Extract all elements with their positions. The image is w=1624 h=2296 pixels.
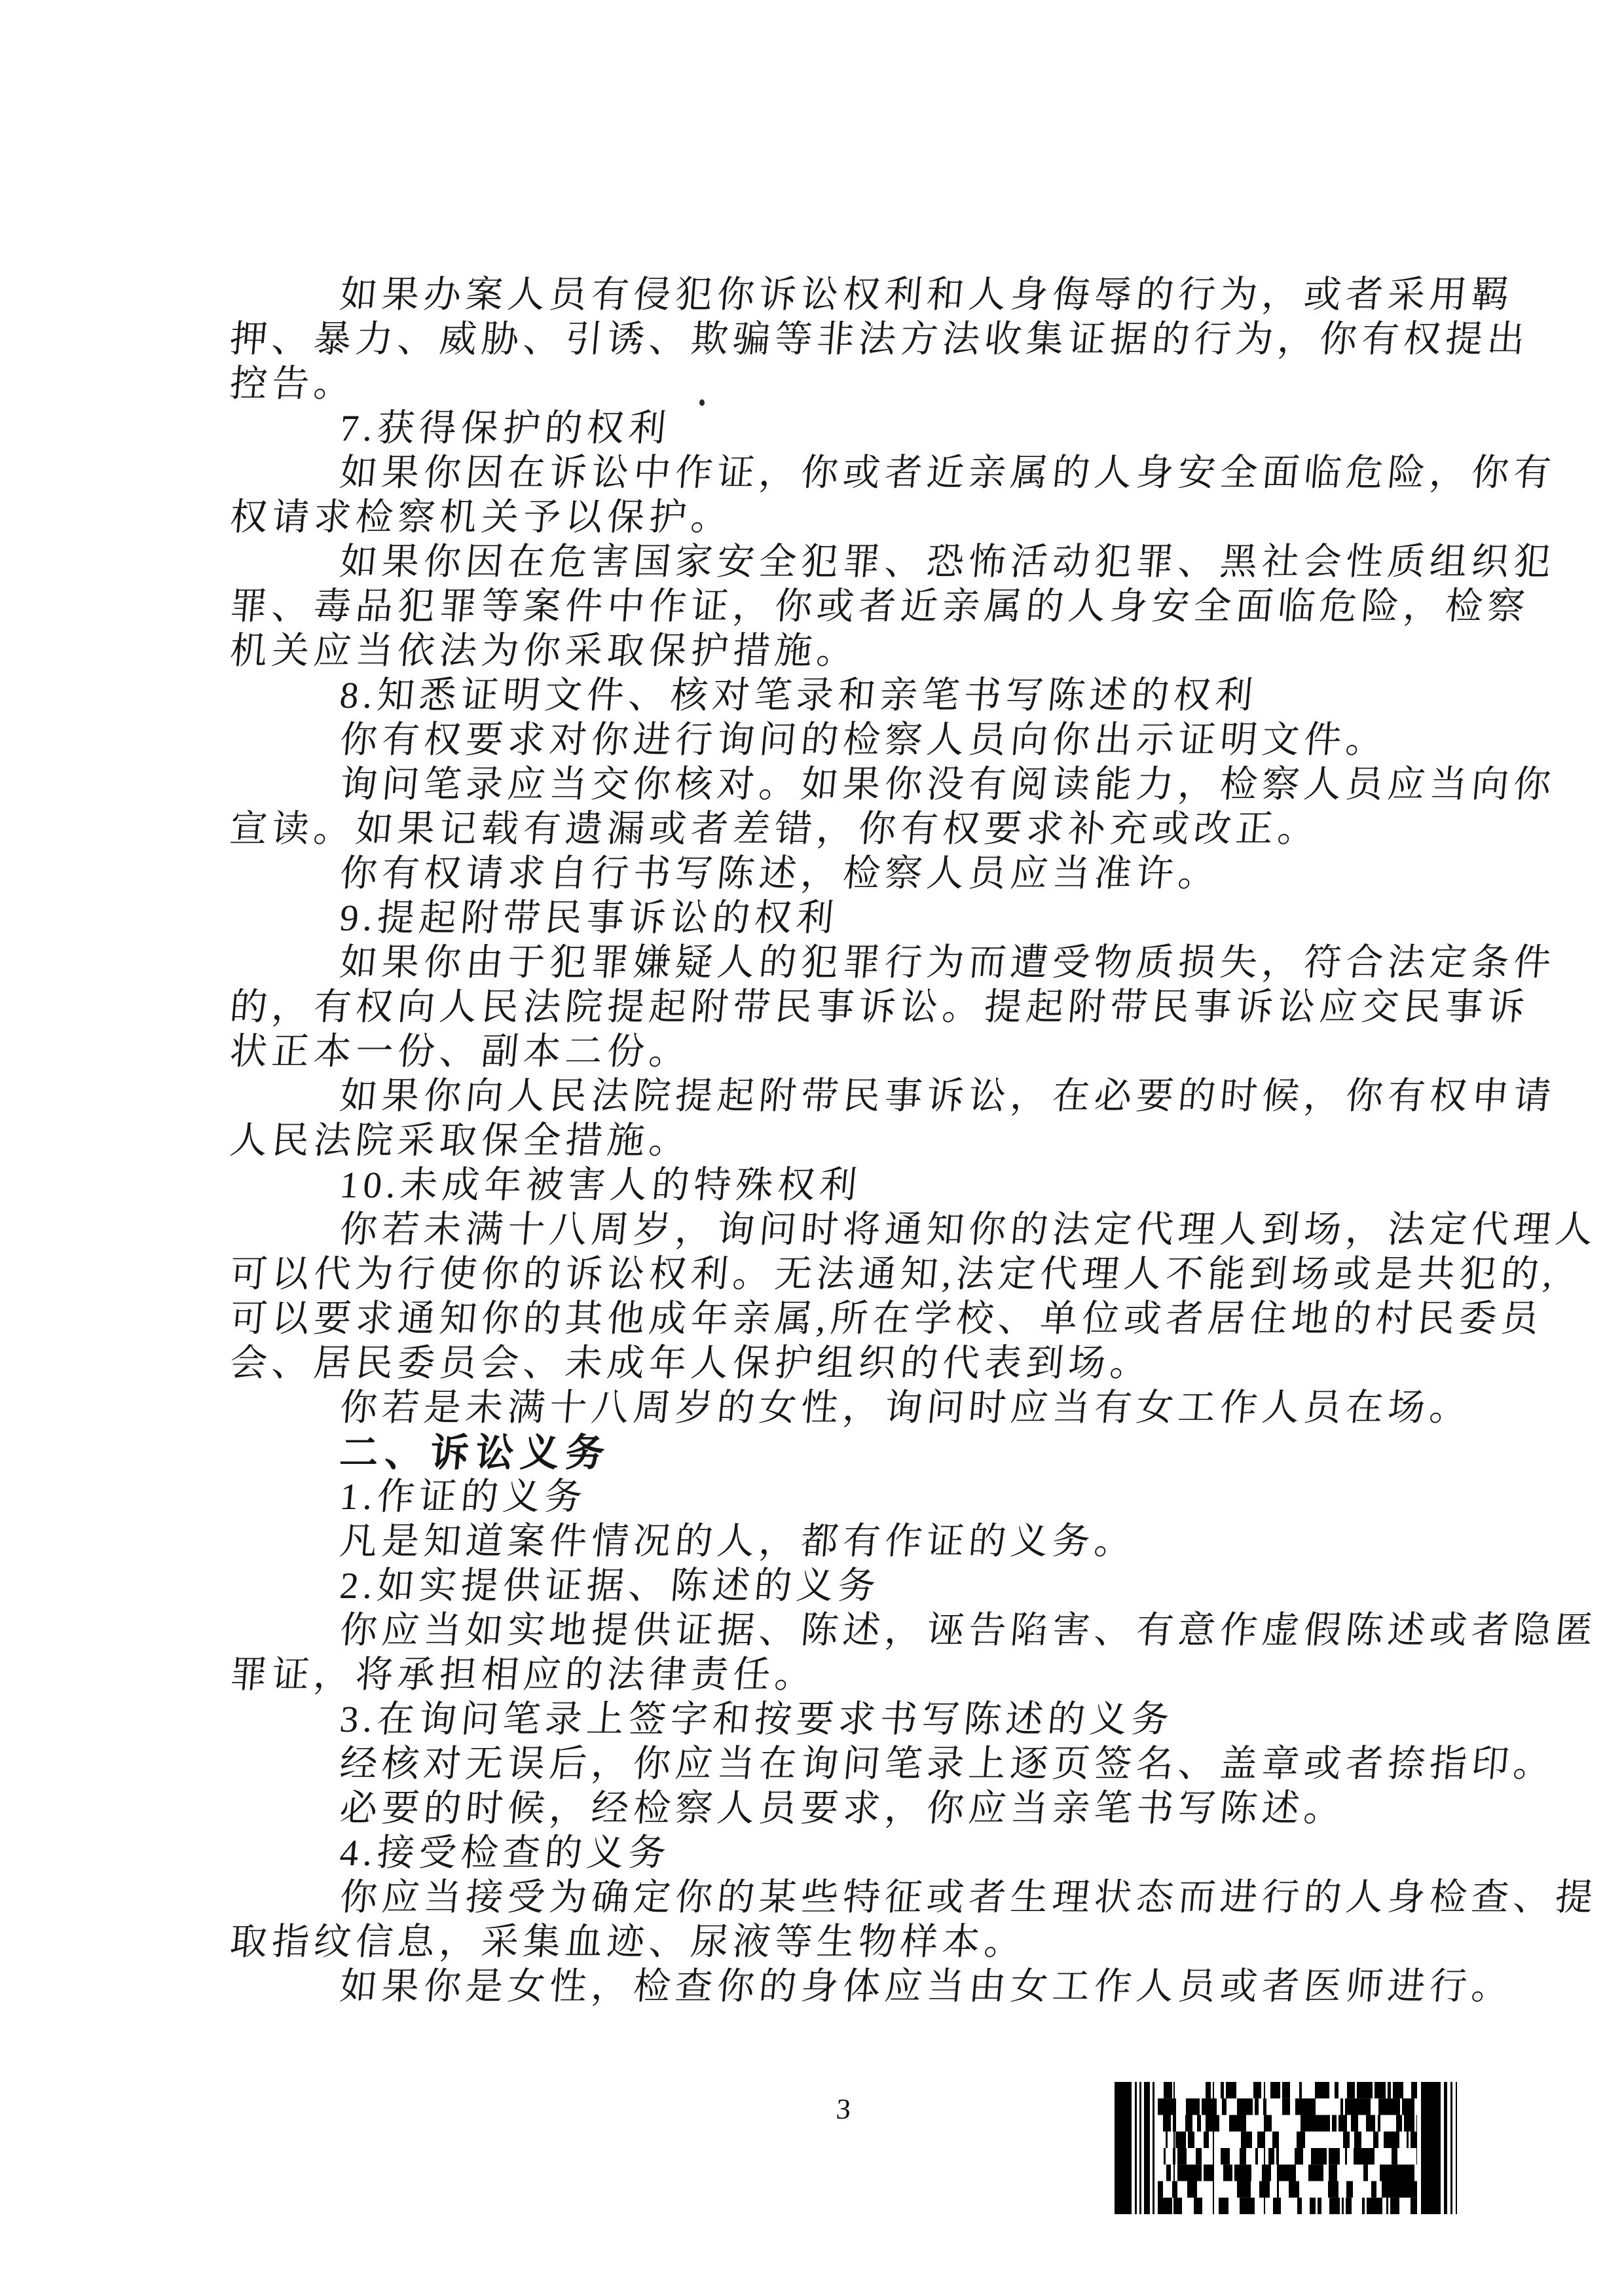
text-line: 你若未满十八周岁，询问时将通知你的法定代理人到场，法定代理人 xyxy=(228,1209,1417,1253)
text-line: 4.接受检查的义务 xyxy=(228,1832,1417,1876)
text-line: 二、诉讼义务 xyxy=(228,1431,1417,1476)
text-line: 如果你因在诉讼中作证，你或者近亲属的人身安全面临危险，你有 xyxy=(228,452,1417,496)
text-line: 人民法院采取保全措施。 xyxy=(228,1120,1417,1164)
text-line: 罪证，将承担相应的法律责任。 xyxy=(228,1654,1417,1698)
text-line: 的，有权向人民法院提起附带民事诉讼。提起附带民事诉讼应交民事诉 xyxy=(228,986,1417,1030)
text-line: 控告。 xyxy=(228,363,1417,407)
page-number: 3 xyxy=(809,2090,877,2129)
text-line: 你有权请求自行书写陈述，检察人员应当准许。 xyxy=(228,852,1417,897)
scan-noise-dot xyxy=(699,399,705,406)
text-line: 必要的时候，经检察人员要求，你应当亲笔书写陈述。 xyxy=(228,1787,1417,1832)
text-line: 取指纹信息，采集血迹、尿液等生物样本。 xyxy=(228,1921,1417,1965)
text-line: 如果你向人民法院提起附带民事诉讼，在必要的时候，你有权申请 xyxy=(228,1075,1417,1120)
text-line: 7.获得保护的权利 xyxy=(228,407,1417,452)
text-line: 你有权要求对你进行询问的检察人员向你出示证明文件。 xyxy=(228,719,1417,763)
text-line: 会、居民委员会、未成年人保护组织的代表到场。 xyxy=(228,1342,1417,1387)
text-line: 押、暴力、威胁、引诱、欺骗等非法方法收集证据的行为，你有权提出 xyxy=(228,318,1417,363)
text-line: 你应当接受为确定你的某些特征或者生理状态而进行的人身检查、提 xyxy=(228,1876,1417,1921)
text-line: 可以要求通知你的其他成年亲属,所在学校、单位或者居住地的村民委员 xyxy=(228,1298,1417,1342)
text-line: 如果你是女性，检查你的身体应当由女工作人员或者医师进行。 xyxy=(228,1965,1417,2010)
text-line: 如果你因在危害国家安全犯罪、恐怖活动犯罪、黑社会性质组织犯 xyxy=(228,541,1417,585)
text-line: 询问笔录应当交你核对。如果你没有阅读能力，检察人员应当向你 xyxy=(228,763,1417,808)
barcode-icon xyxy=(1115,2082,1462,2214)
text-line: 可以代为行使你的诉讼权利。无法通知,法定代理人不能到场或是共犯的, xyxy=(228,1253,1417,1298)
text-line: 状正本一份、副本二份。 xyxy=(228,1030,1417,1075)
text-lines: 如果办案人员有侵犯你诉讼权利和人身侮辱的行为，或者采用羁押、暴力、威胁、引诱、欺… xyxy=(228,274,1413,2010)
text-line: 你若是未满十八周岁的女性，询问时应当有女工作人员在场。 xyxy=(228,1387,1417,1431)
text-line: 3.在询问笔录上签字和按要求书写陈述的义务 xyxy=(228,1698,1417,1743)
text-line: 经核对无误后，你应当在询问笔录上逐页签名、盖章或者捺指印。 xyxy=(228,1743,1417,1787)
text-line: 如果你由于犯罪嫌疑人的犯罪行为而遭受物质损失，符合法定条件 xyxy=(228,941,1417,986)
text-line: 你应当如实地提供证据、陈述，诬告陷害、有意作虚假陈述或者隐匿 xyxy=(228,1609,1417,1654)
text-line: 宣读。如果记载有遗漏或者差错，你有权要求补充或改正。 xyxy=(228,808,1417,852)
text-line: 8.知悉证明文件、核对笔录和亲笔书写陈述的权利 xyxy=(228,674,1417,719)
text-line: 罪、毒品犯罪等案件中作证，你或者近亲属的人身安全面临危险，检察 xyxy=(228,585,1417,630)
text-line: 10.未成年被害人的特殊权利 xyxy=(228,1164,1417,1209)
text-line: 如果办案人员有侵犯你诉讼权利和人身侮辱的行为，或者采用羁 xyxy=(228,274,1417,318)
text-line: 凡是知道案件情况的人，都有作证的义务。 xyxy=(228,1520,1417,1565)
document-page: 如果办案人员有侵犯你诉讼权利和人身侮辱的行为，或者采用羁押、暴力、威胁、引诱、欺… xyxy=(0,0,1624,2296)
text-line: 9.提起附带民事诉讼的权利 xyxy=(228,897,1417,941)
text-line: 权请求检察机关予以保护。 xyxy=(228,496,1417,541)
text-line: 1.作证的义务 xyxy=(228,1476,1417,1520)
text-line: 2.如实提供证据、陈述的义务 xyxy=(228,1565,1417,1609)
text-line: 机关应当依法为你采取保护措施。 xyxy=(228,630,1417,674)
